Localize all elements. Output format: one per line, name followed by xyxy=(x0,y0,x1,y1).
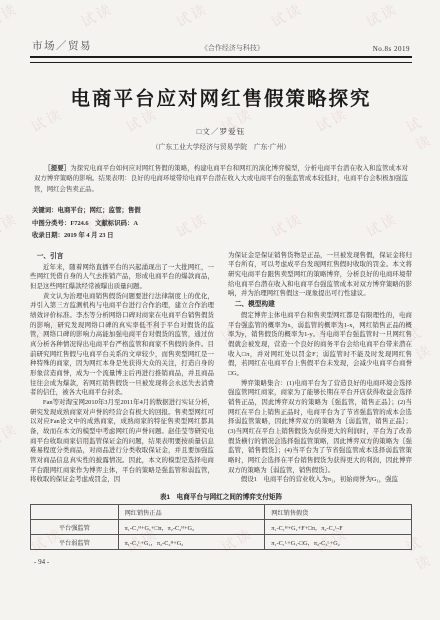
table-row: 平台强监管 π₁-C₁ᴴ+G₁+□π，π₂-C₂ᴴ+G₂ π₁-C₁ᴴ+G₁+F… xyxy=(31,520,412,535)
table-header-row: 网红销售正品 网红销售假货 xyxy=(31,505,412,520)
row-label-weak: 平台弱监管 xyxy=(31,535,119,550)
table-row: 平台弱监管 π₁-C₁ᴸ+G₁，π₂-C₂ᴴ+G₂ π₁-C₁ᴸ+G₁-□G，π… xyxy=(31,535,412,550)
paragraph: 假设1 电商平台的营业收入为π₁，初始商誉为G₁，强监 xyxy=(228,475,412,485)
page-content: 市场／贸易 《合作经济与科技》 No.8s 2019 电商平台应对网红售假策略探… xyxy=(0,0,440,566)
table-title: 表1 电商平台与网红之间的博弈支付矩阵 xyxy=(30,491,412,501)
header-divider-rule xyxy=(30,56,412,63)
abstract-label: ［提要］ xyxy=(44,165,70,172)
paragraph: Fan等对淘宝网2010年3月至2011年4月的数据进行实证分析，研究发现成熟商… xyxy=(30,398,214,485)
journal-name: 《合作经济与科技》 xyxy=(201,43,264,53)
row-label-strong: 平台强监管 xyxy=(31,520,119,535)
paragraph: 近年来，随着网络直播平台的兴起涌现出了一大批网红，一些网红凭借自身的人气去推销产… xyxy=(30,263,214,292)
section-heading-model: 二、模型构建 xyxy=(228,300,412,310)
payoff-table: 网红销售正品 网红销售假货 平台强监管 π₁-C₁ᴴ+G₁+□π，π₂-C₂ᴴ+… xyxy=(30,504,412,550)
keywords-line: 关键词：电商平台；网红；监管；售假 xyxy=(32,205,410,217)
payoff-table-section: 表1 电商平台与网红之间的博弈支付矩阵 网红销售正品 网红销售假货 平台强监管 … xyxy=(30,491,412,550)
article-meta: 关键词：电商平台；网红；监管；售假 中图分类号：F724.6 文献标识码：A 收… xyxy=(30,205,412,242)
header-section-label: 市场／贸易 xyxy=(32,38,92,53)
paragraph: 博弈策略集合：(1)电商平台为了营造良好的电商环境会选择强监管网红商家，商家为了… xyxy=(228,379,412,476)
cell-strong-genuine: π₁-C₁ᴴ+G₁+□π，π₂-C₂ᴴ+G₂ xyxy=(118,520,265,535)
paragraph: 黄文认为治理电商销售假货问题要进行法律制度上的优化，并引入第三方监测机构与电商平… xyxy=(30,292,214,398)
author-affiliation: （广东工业大学经济与贸易学院 广东·广州） xyxy=(30,141,412,151)
col-header-genuine: 网红销售正品 xyxy=(118,505,265,520)
abstract-text: 为探究电商平台如何应对网红售假的策略，构建电商平台和网红的演化博弈模型，分析电商… xyxy=(34,165,408,194)
cell-weak-fake: π₁-C₁ᴸ+G₁-□G，π₂-C₂ᴸ+G₂ xyxy=(265,535,412,550)
cell-strong-fake: π₁-C₁ᴴ+G₁+F+□π，π₂-C₂ᴸ-F xyxy=(265,520,412,535)
page-number: - 94 - xyxy=(30,558,412,566)
received-date-line: 收录日期：2019 年 4 月 23 日 xyxy=(32,230,410,242)
table-corner-cell xyxy=(31,505,119,520)
journal-page: 试读试读试读试读试读试读试读试读试读试读试读试读试读试读试读试读试读试读试读试读… xyxy=(0,0,440,620)
abstract-block: ［提要］为探究电商平台如何应对网红售假的策略，构建电商平台和网红的演化博弈模型，… xyxy=(34,164,408,197)
section-heading-intro: 一、引言 xyxy=(30,252,214,262)
cell-weak-genuine: π₁-C₁ᴸ+G₁，π₂-C₂ᴴ+G₂ xyxy=(118,535,265,550)
left-column: 一、引言 近年来，随着网络直播平台的兴起涌现出了一大批网红，一些网红凭借自身的人… xyxy=(30,251,214,486)
issue-number: No.8s 2019 xyxy=(373,45,410,53)
col-header-fake: 网红销售假货 xyxy=(265,505,412,520)
classification-line: 中图分类号：F724.6 文献标识码：A xyxy=(32,218,410,230)
paragraph: 假定博弈主体电商平台和售卖型网红都是有限理性的，电商平台强监管的概率为x，弱监管… xyxy=(228,311,412,379)
body-columns: 一、引言 近年来，随着网络直播平台的兴起涌现出了一大批网红，一些网红凭借自身的人… xyxy=(30,251,412,486)
page-header: 市场／贸易 《合作经济与科技》 No.8s 2019 xyxy=(30,38,412,53)
paragraph: 为保证金是保证销售货物是正品，一旦被发现售假，保证金将归平台所有，可以考虑成平台… xyxy=(228,251,412,299)
article-title: 电商平台应对网红售假策略探究 xyxy=(30,83,412,111)
author-byline: □文／罗爱钰 xyxy=(30,126,412,137)
right-column: 为保证金是保证销售货物是正品，一旦被发现售假，保证金将归平台所有，可以考虑成平台… xyxy=(228,251,412,486)
